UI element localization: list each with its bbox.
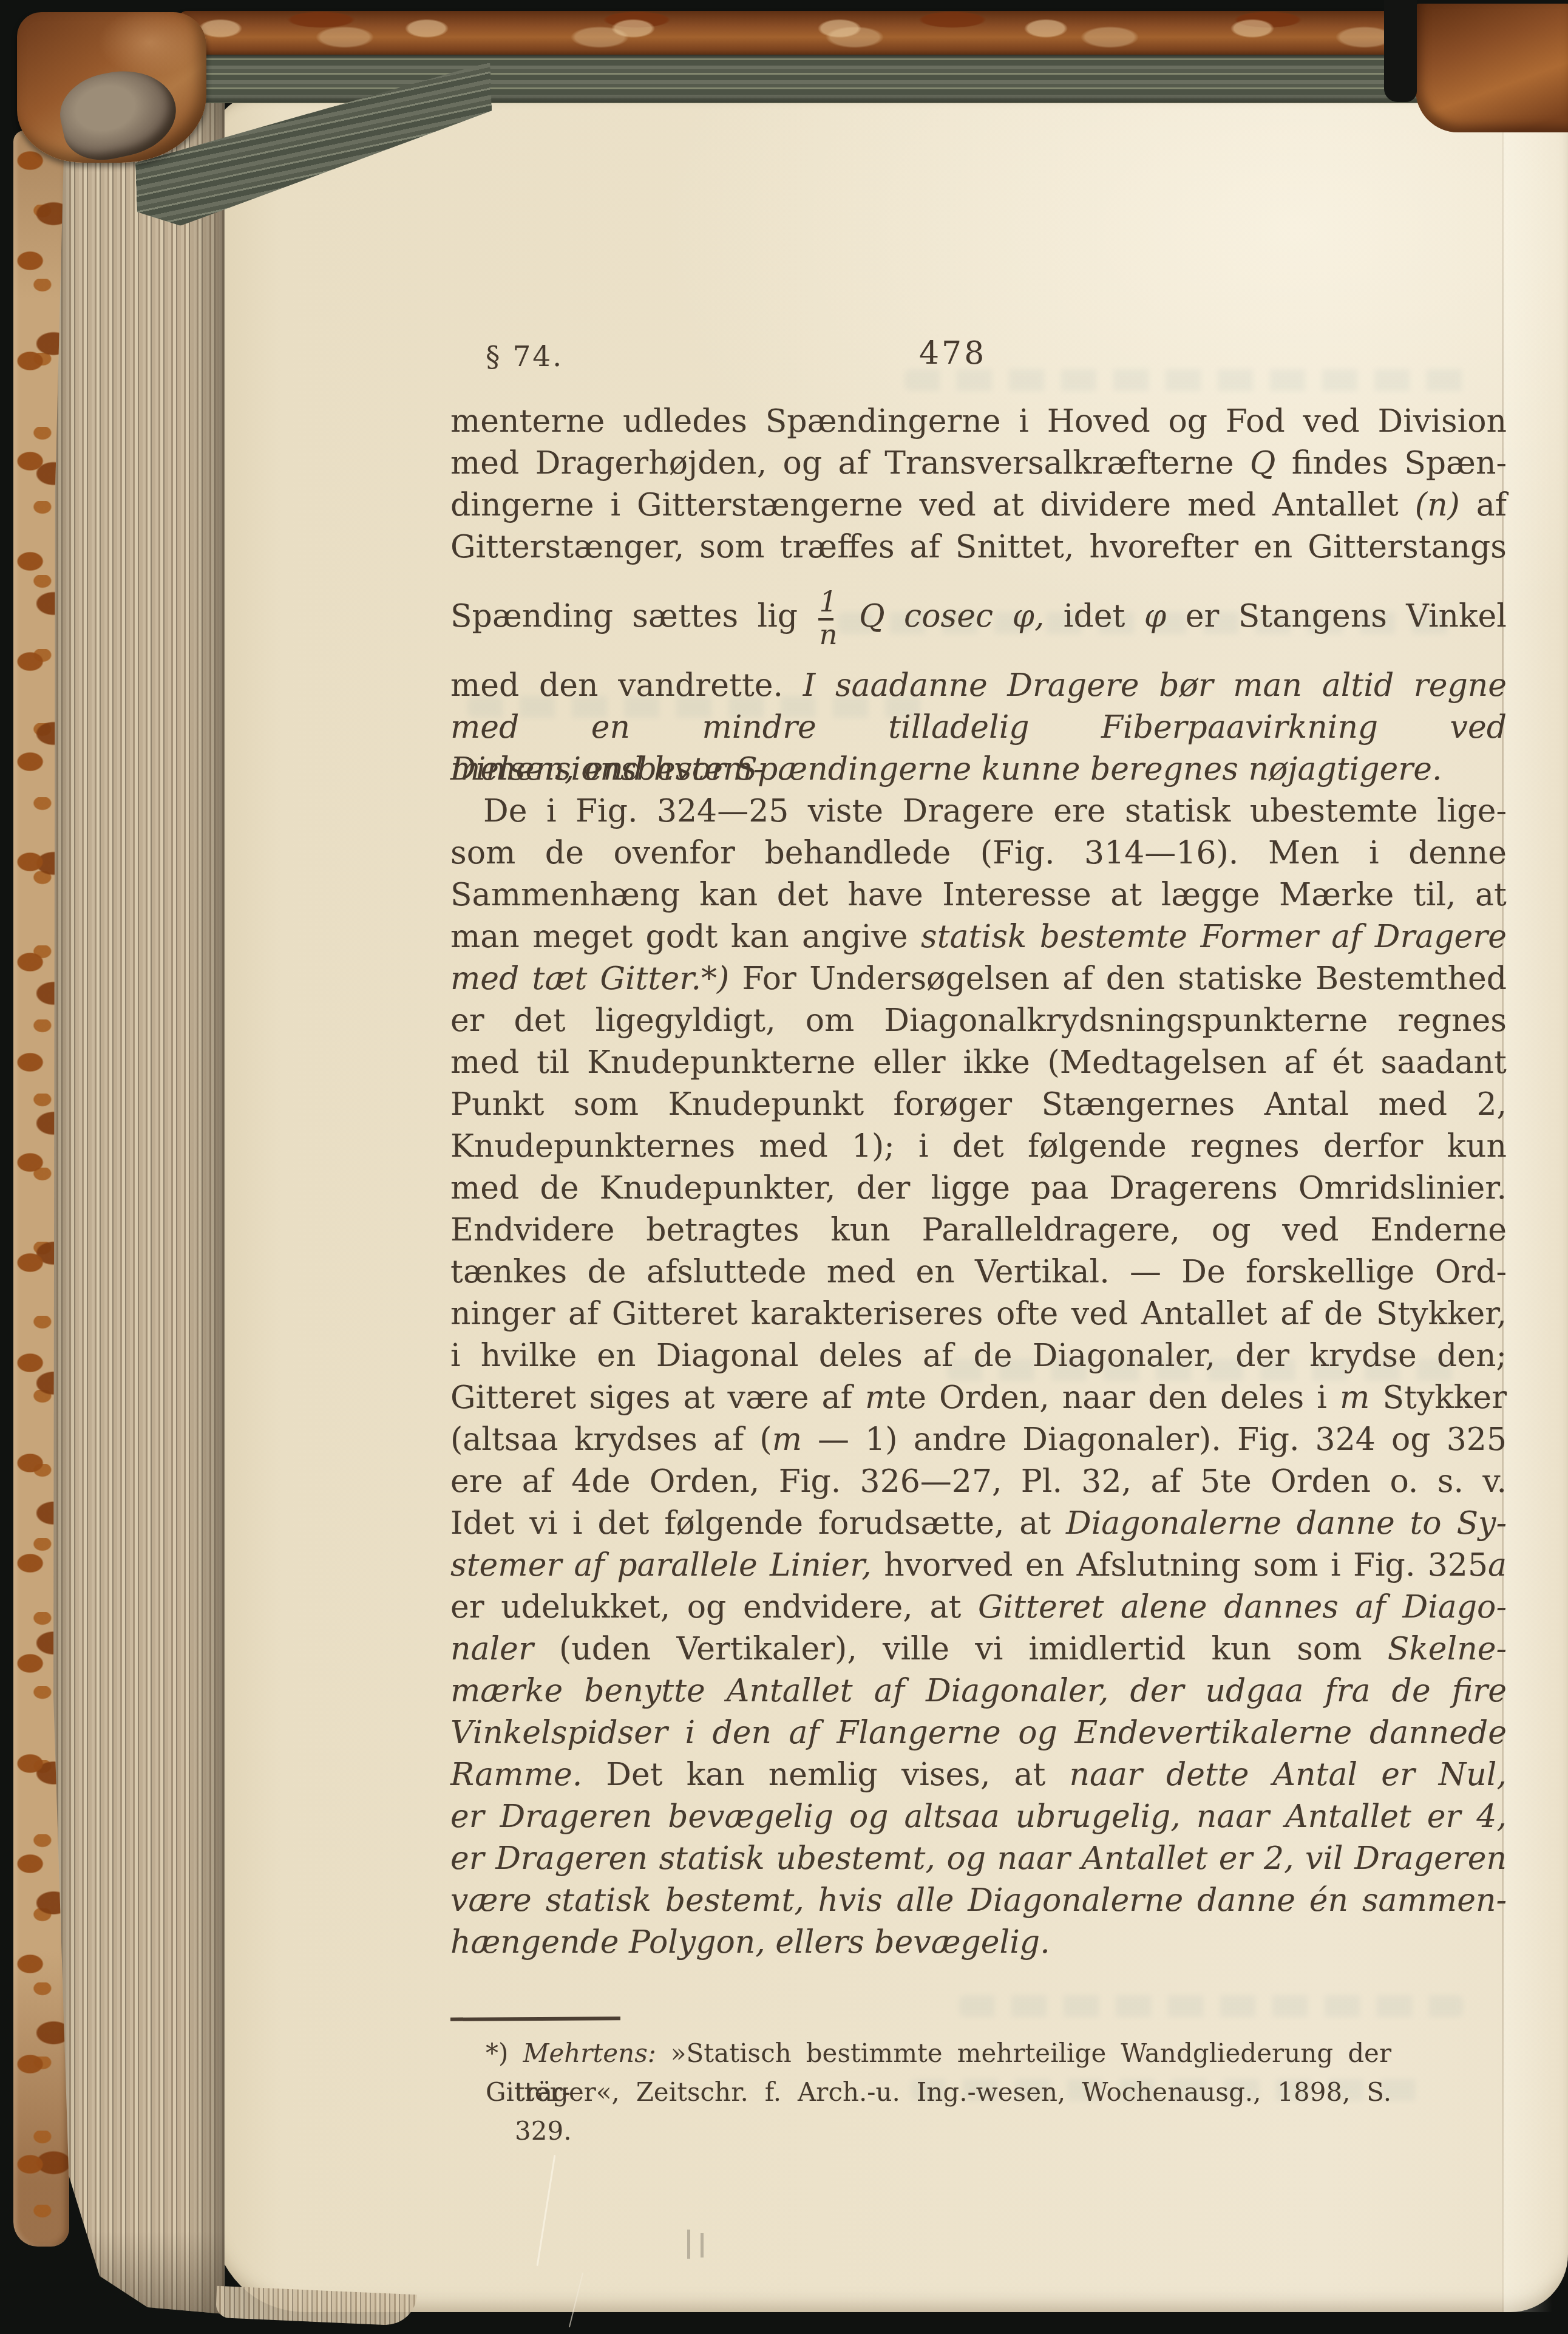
text-line: er Drageren statisk ubestemt, og naar An…	[450, 1838, 1507, 1880]
text-line: med den vandrette. I saadanne Dragere bø…	[450, 665, 1507, 707]
book-scan: { "document": { "section_label": "§ 74."…	[0, 0, 1568, 2334]
text-line: med en mindre tilladelig Fiberpaavirknin…	[450, 707, 1507, 749]
text-line: Punkt som Knudepunkt forøger Stængernes …	[450, 1084, 1507, 1126]
text-line: være statisk bestemt, hvis alle Diagonal…	[450, 1880, 1507, 1922]
text-line: melsen, end hvor Spændingerne kunne bere…	[450, 749, 1507, 791]
text-line: träger«, Zeitschr. f. Arch.-u. Ing.-wese…	[486, 2073, 1391, 2112]
text-line: Knudepunkternes med 1); i det følgende r…	[450, 1126, 1507, 1168]
text-line: med de Knudepunkter, der ligge paa Drage…	[450, 1168, 1507, 1210]
text-line: Gitterstænger, som træffes af Snittet, h…	[450, 526, 1507, 568]
text-line: er udelukket, og endvidere, at Gitteret …	[450, 1587, 1507, 1628]
text-line: er det ligegyldigt, om Diagonalkrydsning…	[450, 1000, 1507, 1042]
text-line: menterne udledes Spændingerne i Hoved og…	[450, 401, 1507, 443]
leather-cover-top-edge	[179, 11, 1568, 55]
text-line: stemer af parallele Linier, hvorved en A…	[450, 1545, 1507, 1587]
text-line: (altsaa krydses af (m — 1) andre Diagona…	[450, 1419, 1507, 1461]
ink-showthrough	[959, 1995, 1463, 2017]
text-line: med Dragerhøjden, og af Transversalkræft…	[450, 443, 1507, 485]
formula-line: Spænding sættes lig 1n Q cosec φ, idet φ…	[450, 568, 1507, 665]
text-line: man meget godt kan angive statisk bestem…	[450, 916, 1507, 958]
text-line: Gitteret siges at være af mte Orden, naa…	[450, 1377, 1507, 1419]
text-line: med tæt Gitter.*) For Undersøgelsen af d…	[450, 958, 1507, 1000]
text-line: Ramme. Det kan nemlig vises, at naar det…	[450, 1754, 1507, 1796]
text-line: tænkes de afsluttede med en Vertikal. — …	[450, 1251, 1507, 1293]
text-line: ninger af Gitteret karakteriseres ofte v…	[450, 1293, 1507, 1335]
leather-cover-top-right	[1416, 4, 1568, 132]
stacked-fraction: 1n	[817, 588, 840, 650]
text-line: Endvidere betragtes kun Paralleldragere,…	[450, 1210, 1507, 1251]
text-line: *) Mehrtens: »Statisch bestimmte mehrtei…	[486, 2034, 1391, 2073]
text-line: med til Knudepunkterne eller ikke (Medta…	[450, 1042, 1507, 1084]
text-line: mærke benytte Antallet af Diagonaler, de…	[450, 1670, 1507, 1712]
text-line: som de ovenfor behandlede (Fig. 314—16).…	[450, 832, 1507, 874]
pencil-marks	[685, 2230, 713, 2261]
text-line: Sammenhæng kan det have Interesse at læg…	[450, 874, 1507, 916]
text-line: i hvilke en Diagonal deles af de Diagona…	[450, 1335, 1507, 1377]
text-line: Vinkelspidser i den af Flangerne og Ende…	[450, 1712, 1507, 1754]
text-line: Idet vi i det følgende forudsætte, at Di…	[450, 1503, 1507, 1545]
page-fore-edge-stack	[53, 91, 225, 2321]
section-label: § 74.	[486, 340, 563, 373]
page-header: § 74. 478	[450, 335, 1507, 378]
footnote: *) Mehrtens: »Statisch bestimmte mehrtei…	[486, 2034, 1391, 2112]
text-line: De i Fig. 324—25 viste Dragere ere stati…	[450, 791, 1507, 832]
text-line: ere af 4de Orden, Fig. 326—27, Pl. 32, a…	[450, 1461, 1507, 1503]
text-line: hængende Polygon, ellers bevægelig.	[450, 1922, 1507, 1964]
text-line: naler (uden Vertikaler), ville vi imidle…	[450, 1628, 1507, 1670]
text-line: dingerne i Gitterstængerne ved at divide…	[450, 485, 1507, 526]
body-text: menterne udledes Spændingerne i Hoved og…	[450, 401, 1507, 1964]
page-number: 478	[919, 335, 986, 372]
cover-gap-notch	[1384, 0, 1417, 102]
text-line: er Drageren bevægelig og altsaa ubrugeli…	[450, 1796, 1507, 1838]
